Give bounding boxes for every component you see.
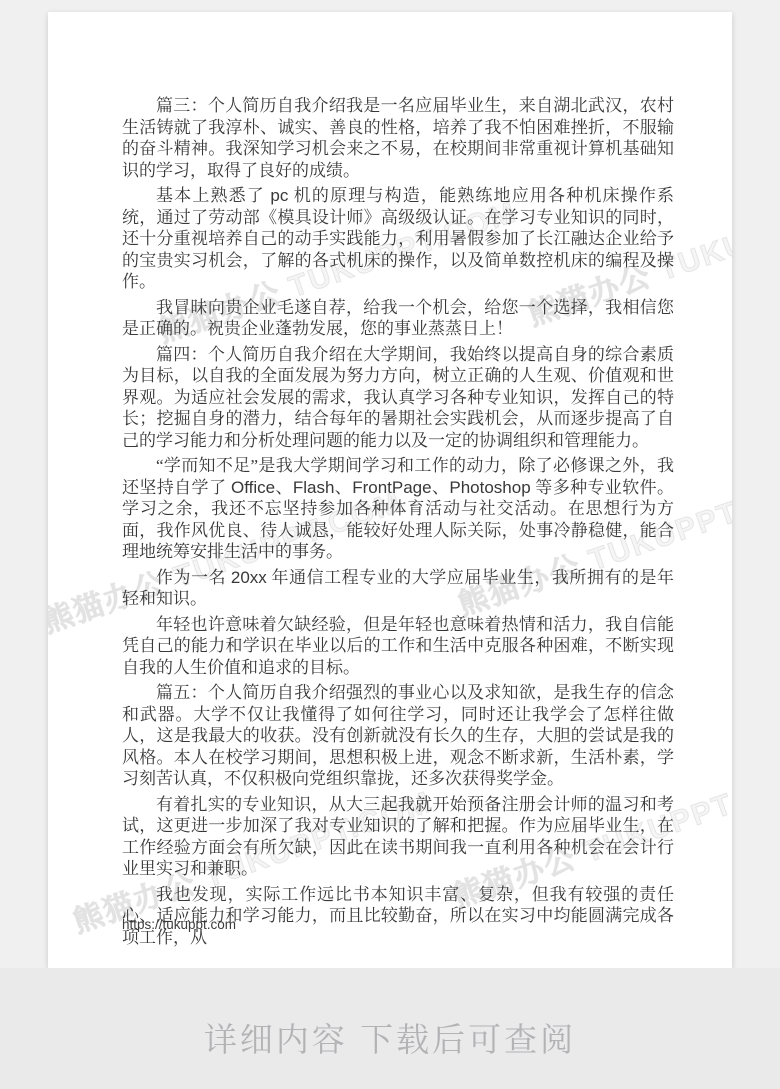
download-hint-text: 详细内容 下载后可查阅 bbox=[204, 996, 576, 1061]
preview-canvas: 熊猫办公 TUKUPPT.COM熊猫办公 TUKUPPT.COM熊猫办公 TUK… bbox=[0, 0, 780, 1089]
paragraph-9: 有着扎实的专业知识，从大三起我就开始预备注册会计师的温习和考试，这更进一步加深了… bbox=[122, 794, 674, 880]
footer-url: https://tukuppt.com bbox=[122, 917, 236, 932]
paragraph-4: 篇四：个人简历自我介绍在大学期间，我始终以提高自身的综合素质为目标，以自我的全面… bbox=[122, 344, 674, 452]
paragraph-5: “学而知不足”是我大学期间学习和工作的动力，除了必修课之外，我还坚持自学了 Of… bbox=[122, 455, 674, 563]
paragraph-10: 我也发现，实际工作远比书本知识丰富、复杂，但我有较强的责任心、适应能力和学习能力… bbox=[122, 884, 674, 949]
document-page: 熊猫办公 TUKUPPT.COM熊猫办公 TUKUPPT.COM熊猫办公 TUK… bbox=[48, 12, 732, 968]
paragraph-3: 我冒昧向贵企业毛遂自荐，给我一个机会，给您一个选择，我相信您是正确的。祝贵企业蓬… bbox=[122, 297, 674, 340]
paragraph-8: 篇五：个人简历自我介绍强烈的事业心以及求知欲，是我生存的信念和武器。大学不仅让我… bbox=[122, 682, 674, 790]
paragraph-7: 年轻也许意味着欠缺经验，但是年轻也意味着热情和活力，我自信能凭自己的能力和学识在… bbox=[122, 614, 674, 679]
paragraph-6: 作为一名 20xx 年通信工程专业的大学应届毕业生，我所拥有的是年轻和知识。 bbox=[122, 567, 674, 610]
document-content: 篇三：个人简历自我介绍我是一名应届毕业生，来自湖北武汉，农村生活铸就了我淳朴、诚… bbox=[122, 95, 674, 952]
paragraph-2: 基本上熟悉了 pc 机的原理与构造，能熟练地应用各种机床操作系统，通过了劳动部《… bbox=[122, 185, 674, 293]
bottom-bar: 详细内容 下载后可查阅 bbox=[0, 968, 780, 1089]
paragraph-1: 篇三：个人简历自我介绍我是一名应届毕业生，来自湖北武汉，农村生活铸就了我淳朴、诚… bbox=[122, 95, 674, 181]
